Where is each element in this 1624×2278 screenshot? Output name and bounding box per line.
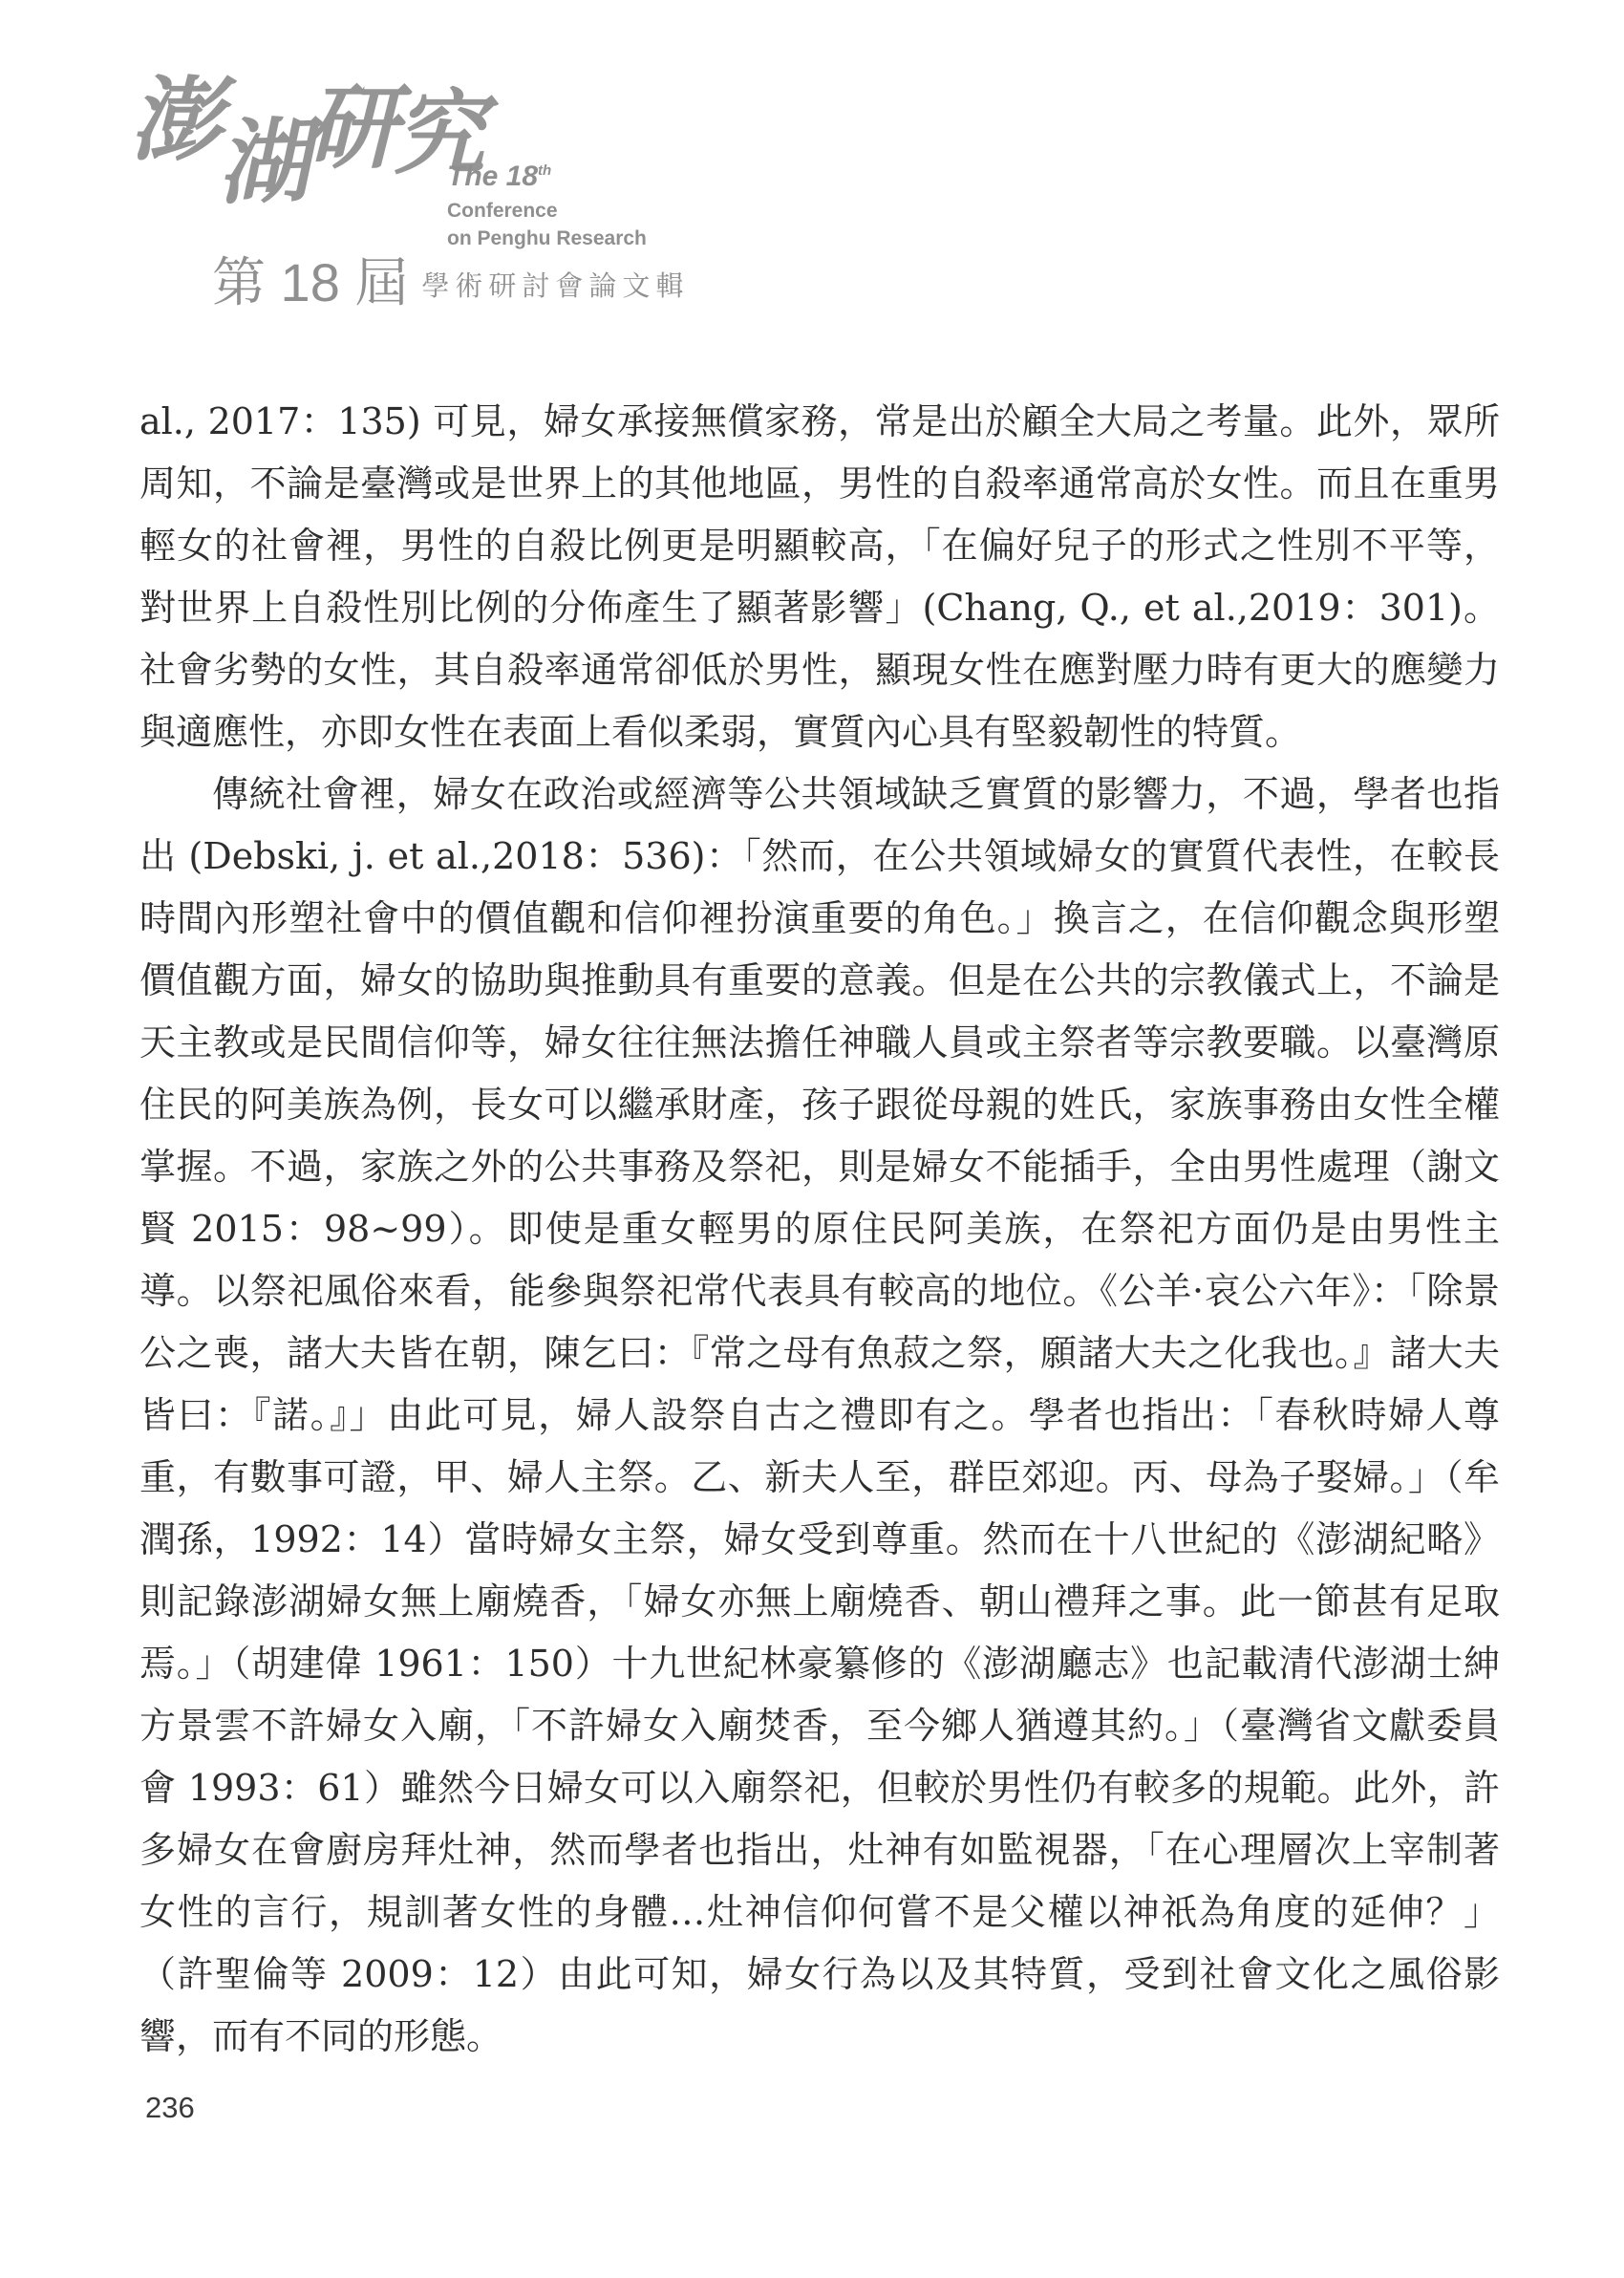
document-page: 澎湖研究 The 18th Conference on Penghu Resea… <box>0 0 1624 2278</box>
page-body-text: al., 2017：135) 可見，婦女承接無償家務，常是出於顧全大局之考量。此… <box>139 391 1500 2068</box>
logo-calligraphy-penghu-research: 澎湖研究 <box>130 75 481 166</box>
logo-english-block: The 18th Conference on Penghu Research <box>447 161 647 249</box>
page-number: 236 <box>145 2091 195 2125</box>
logo-en-conference: Conference <box>447 200 647 222</box>
paragraph-2: 傳統社會裡，婦女在政治或經濟等公共領域缺乏實質的影響力，不過，學者也指出 (De… <box>139 763 1500 2068</box>
logo-zh-18th-session: 第 18 屆 <box>212 252 408 312</box>
paragraph-1: al., 2017：135) 可見，婦女承接無償家務，常是出於顧全大局之考量。此… <box>139 391 1500 763</box>
logo-en-the-18th: The 18th <box>447 161 647 192</box>
logo-chinese-subtitle: 第 18 屆學術研討會論文輯 <box>212 241 689 317</box>
logo-zh-proceedings-label: 學術研討會論文輯 <box>421 271 689 302</box>
logo-en-the18-text: The 18 <box>447 161 538 192</box>
logo-en-th-superscript: th <box>538 162 551 179</box>
